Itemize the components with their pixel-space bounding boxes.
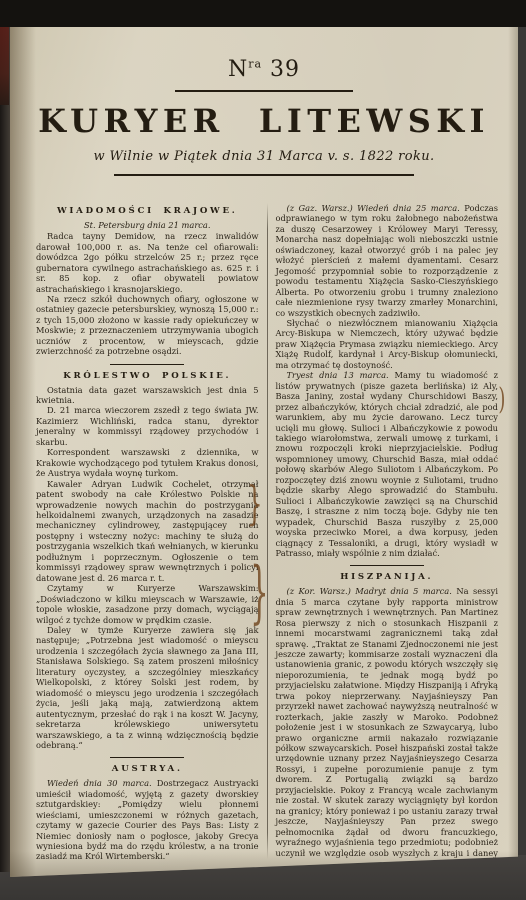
article-paragraph: (z Kor. Warsz.) Madryt dnia 5 marca. Na … (276, 586, 499, 859)
article-paragraph: Wiedeń dnia 30 marca. Dostrzegacz Austry… (36, 778, 259, 859)
article-paragraph: Kawaler Adryan Ludwik Cochelet, otrzymał… (36, 479, 259, 584)
scan-top-bar (0, 0, 526, 27)
section-divider (350, 565, 424, 566)
issue-superscript: ra (248, 58, 262, 71)
masthead-dateline: w Wilnie w Piątek dnia 31 Marca v. s. 18… (10, 149, 518, 164)
section-heading: HISZPANIJA. (276, 572, 499, 583)
issue-number: Nra 39 (10, 57, 518, 82)
newspaper-page: Nra 39 KURYER LITEWSKI w Wilnie w Piątek… (10, 27, 518, 877)
article-paragraph: Korrespondent warszawski z dziennika, w … (36, 447, 259, 478)
section-heading: KRÓLESTWO POLSKIE. (36, 371, 259, 382)
article-paragraph: Na rzecz szkół duchownych ofiary, ogłosz… (36, 294, 259, 357)
article-paragraph: D. 21 marca wieczorem zszedł z tego świa… (36, 405, 259, 447)
section-heading: AUSTRYA. (36, 764, 259, 775)
masthead: Nra 39 KURYER LITEWSKI w Wilnie w Piątek… (10, 57, 518, 176)
article-paragraph: (z Gaz. Warsz.) Wiedeń dnia 25 marca. Po… (276, 203, 499, 318)
section-heading: WIADOMOŚCI KRAJOWE. (36, 206, 259, 217)
paragraph-dateline-lead: (z Kor. Warsz.) Madryt dnia 5 marca. (287, 586, 457, 596)
article-paragraph: Daley w tymże Kuryerze zawiera się jak n… (36, 625, 259, 750)
section-divider (110, 757, 184, 758)
right-column: (z Gaz. Warsz.) Wiedeń dnia 25 marca. Po… (268, 203, 507, 859)
masthead-rule-top (175, 90, 353, 92)
article-columns: WIADOMOŚCI KRAJOWE.St. Petersburg dnia 2… (28, 203, 506, 859)
left-column: WIADOMOŚCI KRAJOWE.St. Petersburg dnia 2… (28, 203, 267, 859)
masthead-rule-bottom (114, 174, 414, 176)
section-divider (110, 364, 184, 365)
paragraph-dateline-lead: Tryest dnia 13 marca. (287, 370, 395, 380)
paragraph-dateline-lead: Wiedeń dnia 30 marca. (47, 778, 157, 788)
article-dateline: St. Petersburg dnia 21 marca. (36, 220, 259, 230)
newspaper-title: KURYER LITEWSKI (10, 102, 518, 140)
article-paragraph: Czytamy w Kuryerze Warszawskim: „Doświad… (36, 583, 259, 625)
article-paragraph: Ostatnia data gazet warszawskich jest dn… (36, 385, 259, 406)
issue-number-value: 39 (270, 57, 300, 82)
article-paragraph: Radca tayny Demidow, na rzecz inwalidów … (36, 231, 259, 294)
book-binding-edge (0, 27, 9, 105)
article-paragraph: Słychać o niezwłócznem mianowaniu Xiążęc… (276, 318, 499, 370)
paragraph-dateline-lead: (z Gaz. Warsz.) Wiedeń dnia 25 marca. (287, 203, 465, 213)
article-paragraph: Tryest dnia 13 marca. Mamy tu wiadomość … (276, 370, 499, 558)
